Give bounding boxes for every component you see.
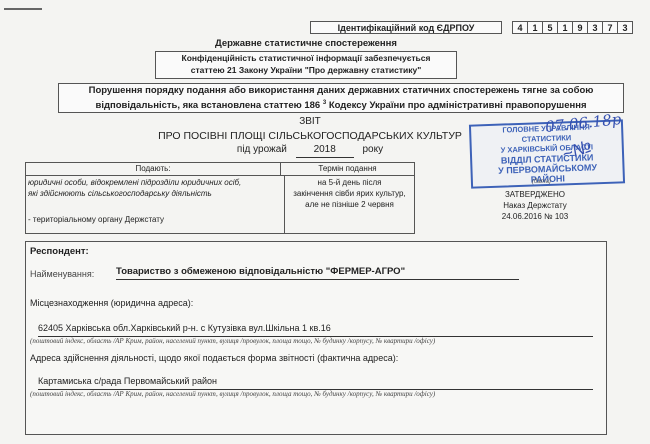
actual-address-label: Адреса здійснення діяльності, щодо якої … [30, 353, 398, 363]
scan-mark [4, 8, 42, 10]
violation-text-b: Кодексу України про адміністративні прав… [329, 100, 587, 111]
harvest-year-field: 2018 [296, 143, 354, 158]
harvest-prefix: під урожай [237, 144, 287, 155]
edrpou-digit: 3 [617, 22, 632, 33]
edrpou-digit: 1 [557, 22, 572, 33]
stamp-date-label: (дата) [532, 179, 551, 185]
approval-line: Наказ Держстату [470, 200, 600, 211]
submission-table: Подають: Термін подання юридичні особи, … [25, 162, 415, 234]
report-title-block: ЗВІТ ПРО ПОСІВНІ ПЛОЩІ СІЛЬСЬКОГОСПОДАРС… [150, 115, 470, 158]
confidentiality-line-1: Конфіденційність статистичної інформації… [156, 52, 456, 64]
article-superscript: 3 [323, 100, 326, 106]
approval-line: ЗАТВЕРДЖЕНО [470, 189, 600, 200]
edrpou-digit: 9 [572, 22, 587, 33]
edrpou-digit: 5 [542, 22, 557, 33]
harvest-suffix: року [362, 144, 383, 155]
submitters-line: які здійснюють сільськогосподарську діял… [28, 188, 282, 199]
name-label: Найменування: [30, 269, 94, 279]
column-header-submitters: Подають: [26, 163, 281, 175]
violation-line-1: Порушення порядку подання або використан… [59, 84, 623, 97]
edrpou-digit: 4 [513, 22, 527, 33]
violation-notice: Порушення порядку подання або використан… [58, 83, 624, 113]
submitters-cell: юридичні особи, відокремлені підрозділи … [26, 176, 285, 233]
deadline-line: закінчення сівби ярих культур, [285, 188, 414, 199]
edrpou-digit: 7 [602, 22, 617, 33]
edrpou-code-box: Ідентифікаційний код ЄДРПОУ 4 1 5 1 9 3 … [310, 21, 633, 34]
report-subtitle: ПРО ПОСІВНІ ПЛОЩІ СІЛЬСЬКОГОСПОДАРСЬКИХ … [150, 129, 470, 143]
approval-line: 24.06.2016 № 103 [470, 211, 600, 222]
confidentiality-notice: Конфіденційність статистичної інформації… [155, 51, 457, 79]
legal-address-hint: (поштовий індекс, область /АР Крим, райо… [30, 337, 435, 345]
confidentiality-line-2: статтею 21 Закону України "Про державну … [156, 64, 456, 76]
edrpou-digits: 4 1 5 1 9 3 7 3 [512, 21, 633, 34]
respondent-section: Респондент: Найменування: Товариство з о… [25, 241, 607, 435]
deadline-line: але не пізніше 2 червня [285, 199, 414, 210]
edrpou-digit: 1 [527, 22, 542, 33]
recipient-line: - територіальному органу Держстату [28, 214, 282, 225]
legal-address-field: 62405 Харківська обл.Харківський р-н. с … [38, 323, 593, 337]
deadline-cell: на 5-й день після закінчення сівби ярих … [285, 176, 414, 233]
edrpou-digit: 3 [587, 22, 602, 33]
report-title: ЗВІТ [150, 115, 470, 129]
harvest-year-line: під урожай 2018 року [150, 143, 470, 158]
name-field: Товариство з обмеженою відповідальністю … [116, 266, 519, 280]
legal-address-label: Місцезнаходження (юридична адреса): [30, 298, 193, 308]
actual-address-hint: (поштовий індекс, область /АР Крим, райо… [30, 390, 435, 398]
actual-address-field: Картамиська с/рада Первомайський район [38, 376, 593, 390]
approval-block: ЗАТВЕРДЖЕНО Наказ Держстату 24.06.2016 №… [470, 189, 600, 222]
submission-table-header: Подають: Термін подання [26, 163, 414, 176]
state-observation-heading: Державне статистичне спостереження [215, 38, 397, 49]
submitters-line: юридичні особи, відокремлені підрозділи … [28, 177, 282, 188]
column-header-deadline: Термін подання [281, 163, 414, 175]
deadline-line: на 5-й день після [285, 177, 414, 188]
violation-text-a: відповідальність, яка встановлена статте… [95, 100, 320, 111]
edrpou-label: Ідентифікаційний код ЄДРПОУ [310, 21, 502, 34]
respondent-title: Респондент: [30, 246, 89, 257]
submission-table-row: юридичні особи, відокремлені підрозділи … [26, 176, 414, 233]
violation-line-2: відповідальність, яка встановлена статте… [59, 97, 623, 112]
